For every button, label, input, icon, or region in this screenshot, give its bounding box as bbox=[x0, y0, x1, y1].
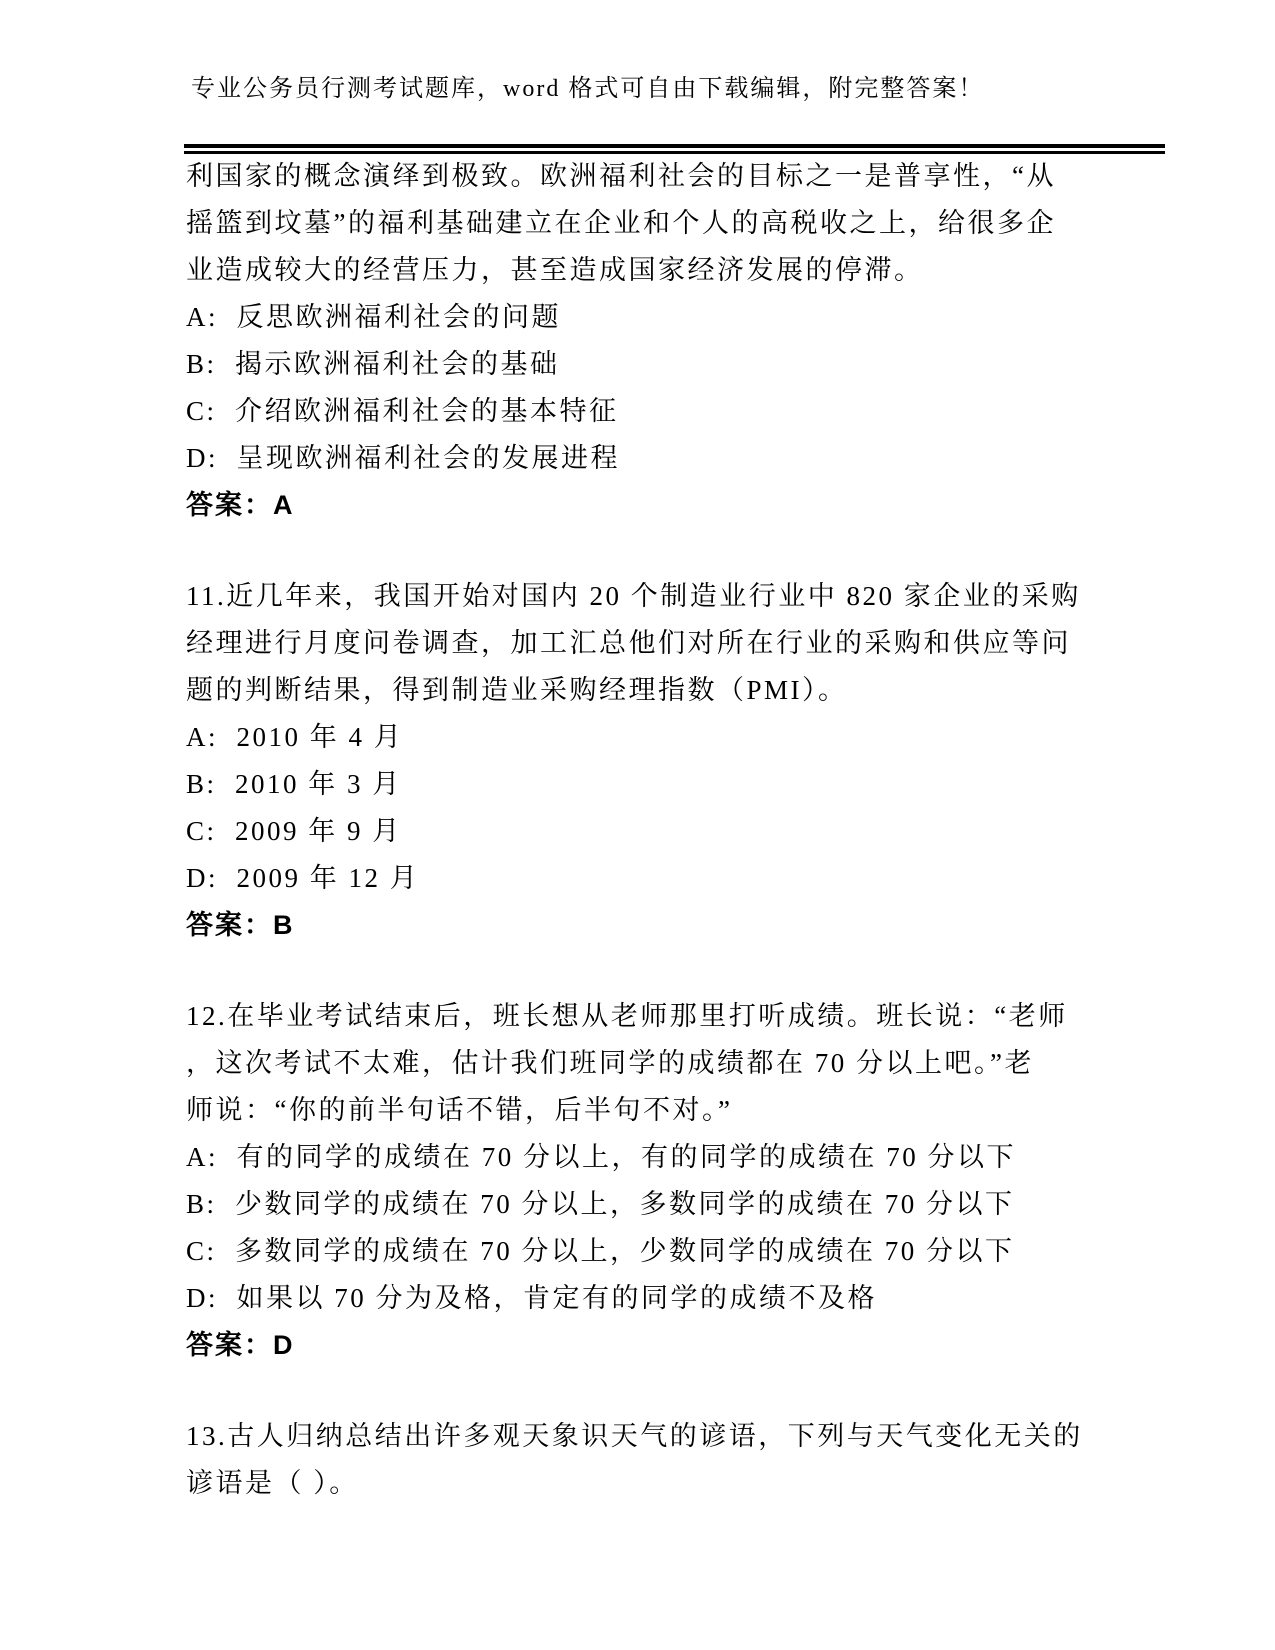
question-text-line: 13.古人归纳总结出许多观天象识天气的谚语，下列与天气变化无关的 bbox=[186, 1413, 1171, 1460]
block-spacer bbox=[186, 529, 1171, 573]
document-page: 专业公务员行测考试题库，word 格式可自由下载编辑，附完整答案！ 利国家的概念… bbox=[0, 0, 1275, 1650]
answer-line: 答案：B bbox=[186, 902, 1171, 949]
question-text-line: 11.近几年来，我国开始对国内 20 个制造业行业中 820 家企业的采购 bbox=[186, 573, 1171, 620]
option-b-line: B: 少数同学的成绩在 70 分以上，多数同学的成绩在 70 分以下 bbox=[186, 1181, 1171, 1228]
question-text-line: 12.在毕业考试结束后，班长想从老师那里打听成绩。班长说：“老师 bbox=[186, 993, 1171, 1040]
question-block-12: 12.在毕业考试结束后，班长想从老师那里打听成绩。班长说：“老师 ，这次考试不太… bbox=[186, 993, 1171, 1369]
option-b-line: B: 揭示欧洲福利社会的基础 bbox=[186, 341, 1171, 388]
question-block-11: 11.近几年来，我国开始对国内 20 个制造业行业中 820 家企业的采购 经理… bbox=[186, 573, 1171, 949]
block-spacer bbox=[186, 1369, 1171, 1413]
option-b-line: B: 2010 年 3 月 bbox=[186, 761, 1171, 808]
question-text-line: ，这次考试不太难，估计我们班同学的成绩都在 70 分以上吧。”老 bbox=[186, 1040, 1171, 1087]
question-text-line: 师说：“你的前半句话不错，后半句不对。” bbox=[186, 1087, 1171, 1134]
question-text-line: 题的判断结果，得到制造业采购经理指数（PMI）。 bbox=[186, 667, 1171, 714]
option-d-line: D: 呈现欧洲福利社会的发展进程 bbox=[186, 435, 1171, 482]
question-text-line: 利国家的概念演绎到极致。欧洲福利社会的目标之一是普享性，“从 bbox=[186, 153, 1171, 200]
question-text-line: 摇篮到坟墓”的福利基础建立在企业和个人的高税收之上，给很多企 bbox=[186, 200, 1171, 247]
question-text-line: 谚语是（ ）。 bbox=[186, 1460, 1171, 1507]
question-block-13: 13.古人归纳总结出许多观天象识天气的谚语，下列与天气变化无关的 谚语是（ ）。 bbox=[186, 1413, 1171, 1507]
answer-line: 答案：D bbox=[186, 1322, 1171, 1369]
option-d-line: D: 2009 年 12 月 bbox=[186, 855, 1171, 902]
block-spacer bbox=[186, 949, 1171, 993]
question-text-line: 业造成较大的经营压力，甚至造成国家经济发展的停滞。 bbox=[186, 247, 1171, 294]
question-text-line: 经理进行月度问卷调查，加工汇总他们对所在行业的采购和供应等问 bbox=[186, 620, 1171, 667]
option-a-line: A: 反思欧洲福利社会的问题 bbox=[186, 294, 1171, 341]
option-d-line: D: 如果以 70 分为及格，肯定有的同学的成绩不及格 bbox=[186, 1275, 1171, 1322]
document-body: 利国家的概念演绎到极致。欧洲福利社会的目标之一是普享性，“从 摇篮到坟墓”的福利… bbox=[186, 153, 1171, 1507]
option-a-line: A: 有的同学的成绩在 70 分以上，有的同学的成绩在 70 分以下 bbox=[186, 1134, 1171, 1181]
page-header-note: 专业公务员行测考试题库，word 格式可自由下载编辑，附完整答案！ bbox=[191, 74, 984, 104]
question-block-10: 利国家的概念演绎到极致。欧洲福利社会的目标之一是普享性，“从 摇篮到坟墓”的福利… bbox=[186, 153, 1171, 529]
option-a-line: A: 2010 年 4 月 bbox=[186, 714, 1171, 761]
answer-line: 答案：A bbox=[186, 482, 1171, 529]
option-c-line: C: 介绍欧洲福利社会的基本特征 bbox=[186, 388, 1171, 435]
option-c-line: C: 多数同学的成绩在 70 分以上，少数同学的成绩在 70 分以下 bbox=[186, 1228, 1171, 1275]
option-c-line: C: 2009 年 9 月 bbox=[186, 808, 1171, 855]
